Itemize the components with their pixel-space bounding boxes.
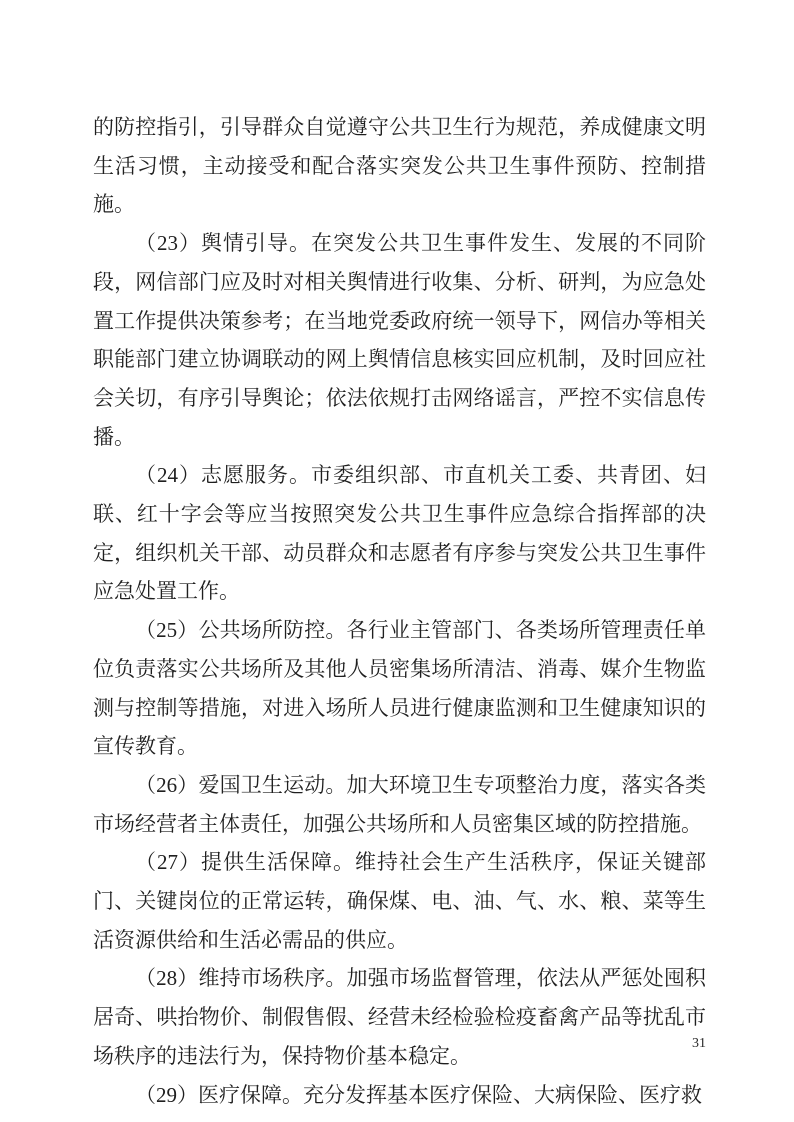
page-body-text: 的防控指引，引导群众自觉遵守公共卫生行为规范，养成健康文明生活习惯，主动接受和配…	[93, 108, 706, 1114]
page-number: 31	[660, 1036, 706, 1052]
paragraph-item-26: （26）爱国卫生运动。加大环境卫生专项整治力度，落实各类市场经营者主体责任，加强…	[93, 766, 706, 843]
paragraph-item-24: （24）志愿服务。市委组织部、市直机关工委、共青团、妇联、红十字会等应当按照突发…	[93, 456, 706, 611]
paragraph-item-25: （25）公共场所防控。各行业主管部门、各类场所管理责任单位负责落实公共场所及其他…	[93, 611, 706, 766]
paragraph-item-29: （29）医疗保障。充分发挥基本医疗保险、大病保险、医疗救	[93, 1076, 706, 1115]
paragraph-item-23: （23）舆情引导。在突发公共卫生事件发生、发展的不同阶段，网信部门应及时对相关舆…	[93, 224, 706, 456]
paragraph-item-28: （28）维持市场秩序。加强市场监督管理，依法从严惩处囤积居奇、哄抬物价、制假售假…	[93, 959, 706, 1075]
document-page: 的防控指引，引导群众自觉遵守公共卫生行为规范，养成健康文明生活习惯，主动接受和配…	[0, 0, 794, 1122]
paragraph-continuation: 的防控指引，引导群众自觉遵守公共卫生行为规范，养成健康文明生活习惯，主动接受和配…	[93, 108, 706, 224]
paragraph-item-27: （27）提供生活保障。维持社会生产生活秩序，保证关键部门、关键岗位的正常运转，确…	[93, 843, 706, 959]
